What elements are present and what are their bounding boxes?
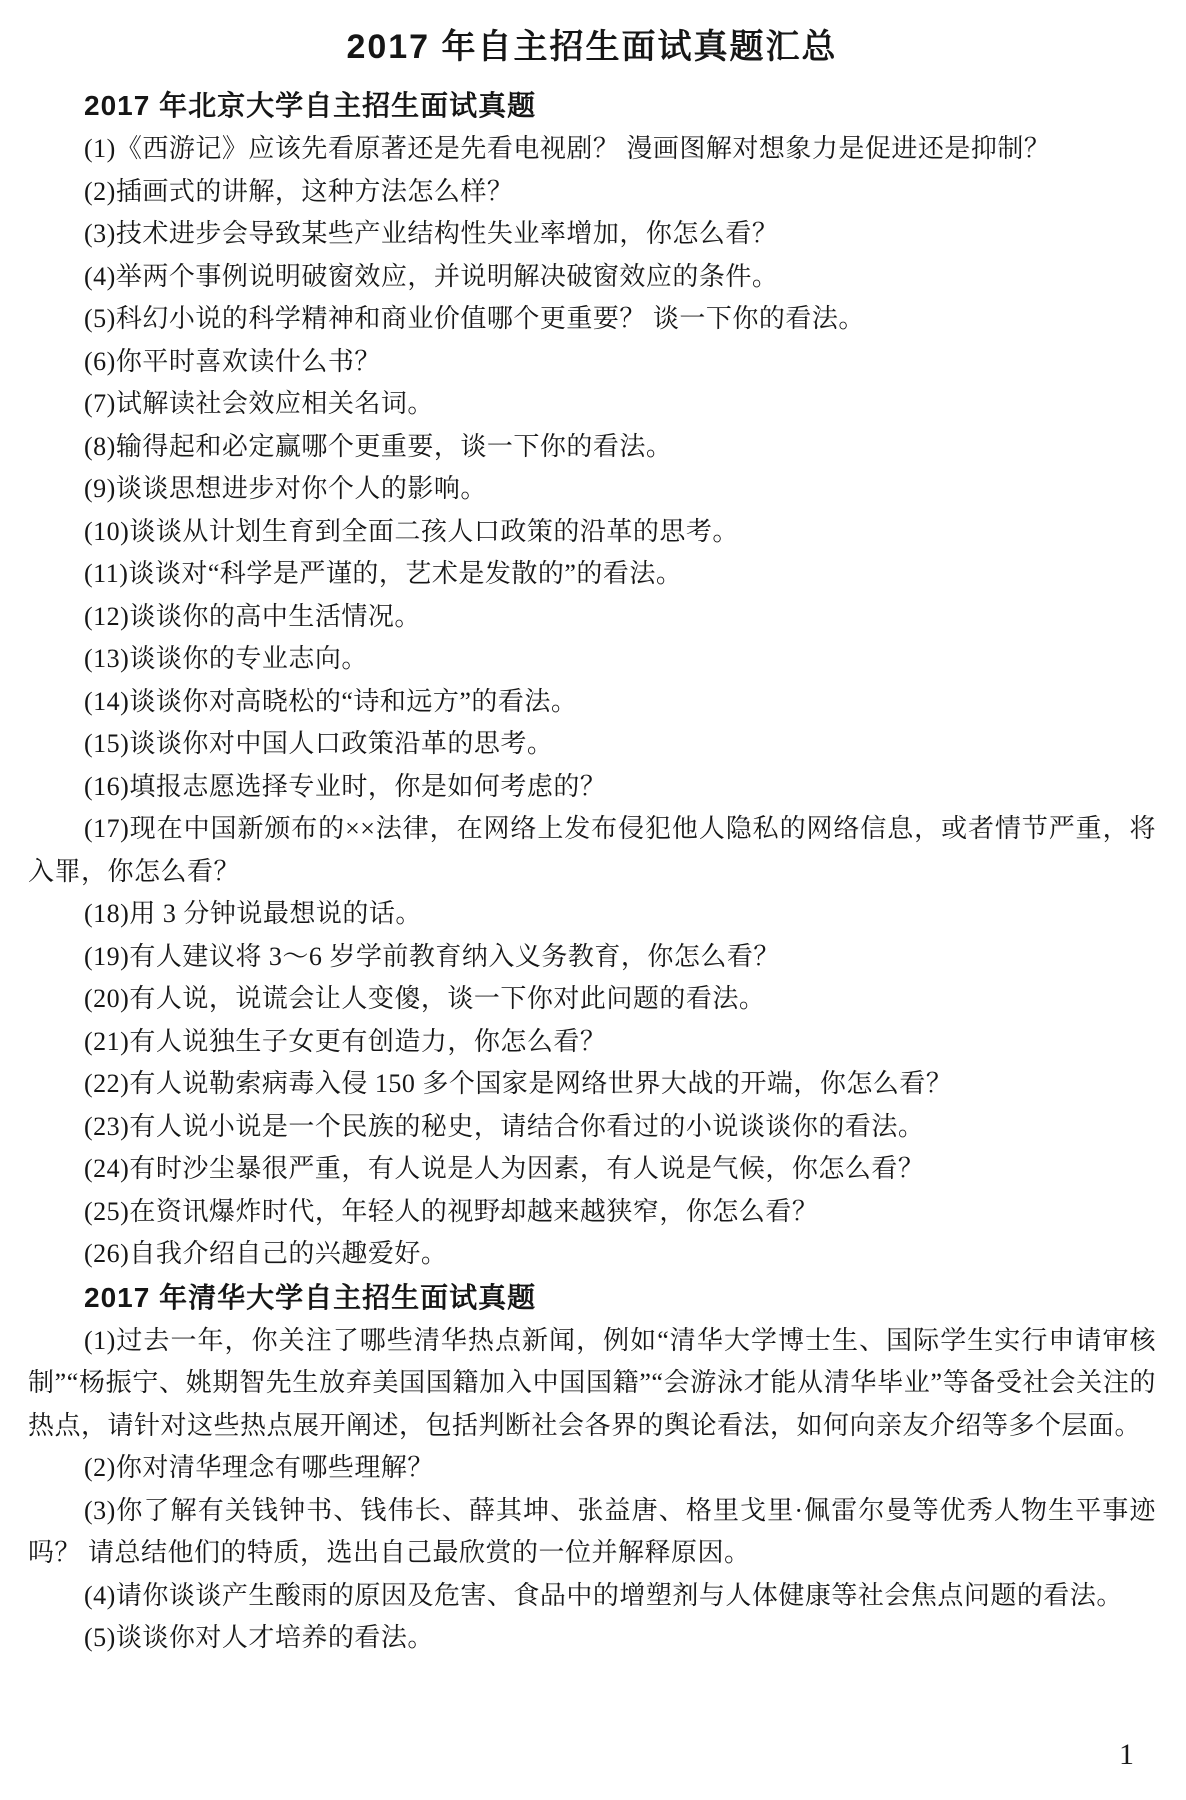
question-item: (11)谈谈对“科学是严谨的，艺术是发散的”的看法。 — [28, 553, 1156, 596]
question-item: (5)科幻小说的科学精神和商业价值哪个更重要？ 谈一下你的看法。 — [28, 298, 1156, 341]
question-item: (19)有人建议将 3～6 岁学前教育纳入义务教育，你怎么看？ — [28, 936, 1156, 979]
question-item: (1)过去一年，你关注了哪些清华热点新闻，例如“清华大学博士生、国际学生实行申请… — [28, 1320, 1156, 1448]
question-item: (1)《西游记》应该先看原著还是先看电视剧？ 漫画图解对想象力是促进还是抑制？ — [28, 128, 1156, 171]
question-item: (23)有人说小说是一个民族的秘史，请结合你看过的小说谈谈你的看法。 — [28, 1106, 1156, 1149]
question-item: (18)用 3 分钟说最想说的话。 — [28, 893, 1156, 936]
question-item: (12)谈谈你的高中生活情况。 — [28, 596, 1156, 639]
question-item: (8)输得起和必定赢哪个更重要，谈一下你的看法。 — [28, 426, 1156, 469]
question-item: (16)填报志愿选择专业时，你是如何考虑的？ — [28, 766, 1156, 809]
question-item: (20)有人说，说谎会让人变傻，谈一下你对此问题的看法。 — [28, 978, 1156, 1021]
question-item: (4)请你谈谈产生酸雨的原因及危害、食品中的增塑剂与人体健康等社会焦点问题的看法… — [28, 1575, 1156, 1618]
question-item: (14)谈谈你对高晓松的“诗和远方”的看法。 — [28, 681, 1156, 724]
question-item: (26)自我介绍自己的兴趣爱好。 — [28, 1233, 1156, 1276]
question-item: (24)有时沙尘暴很严重，有人说是人为因素，有人说是气候，你怎么看？ — [28, 1148, 1156, 1191]
document-page: 2017 年自主招生面试真题汇总 2017 年北京大学自主招生面试真题(1)《西… — [0, 0, 1186, 1800]
question-item: (13)谈谈你的专业志向。 — [28, 638, 1156, 681]
question-item: (4)举两个事例说明破窗效应，并说明解决破窗效应的条件。 — [28, 256, 1156, 299]
question-item: (22)有人说勒索病毒入侵 150 多个国家是网络世界大战的开端，你怎么看？ — [28, 1063, 1156, 1106]
question-item: (7)试解读社会效应相关名词。 — [28, 383, 1156, 426]
question-item: (9)谈谈思想进步对你个人的影响。 — [28, 468, 1156, 511]
page-number: 1 — [1119, 1738, 1134, 1772]
question-item: (5)谈谈你对人才培养的看法。 — [28, 1617, 1156, 1660]
question-item: (3)你了解有关钱钟书、钱伟长、薛其坤、张益唐、格里戈里·佩雷尔曼等优秀人物生平… — [28, 1490, 1156, 1575]
question-item: (25)在资讯爆炸时代，年轻人的视野却越来越狭窄，你怎么看？ — [28, 1191, 1156, 1234]
question-item: (2)插画式的讲解，这种方法怎么样？ — [28, 171, 1156, 214]
question-item: (2)你对清华理念有哪些理解？ — [28, 1447, 1156, 1490]
sections-container: 2017 年北京大学自主招生面试真题(1)《西游记》应该先看原著还是先看电视剧？… — [28, 84, 1156, 1660]
page-title: 2017 年自主招生面试真题汇总 — [28, 24, 1156, 70]
question-item: (6)你平时喜欢读什么书？ — [28, 341, 1156, 384]
question-item: (21)有人说独生子女更有创造力，你怎么看？ — [28, 1021, 1156, 1064]
section-heading: 2017 年北京大学自主招生面试真题 — [28, 84, 1156, 128]
question-item: (15)谈谈你对中国人口政策沿革的思考。 — [28, 723, 1156, 766]
question-item: (10)谈谈从计划生育到全面二孩人口政策的沿革的思考。 — [28, 511, 1156, 554]
question-item: (3)技术进步会导致某些产业结构性失业率增加，你怎么看？ — [28, 213, 1156, 256]
question-item: (17)现在中国新颁布的××法律，在网络上发布侵犯他人隐私的网络信息，或者情节严… — [28, 808, 1156, 893]
section-heading: 2017 年清华大学自主招生面试真题 — [28, 1276, 1156, 1320]
